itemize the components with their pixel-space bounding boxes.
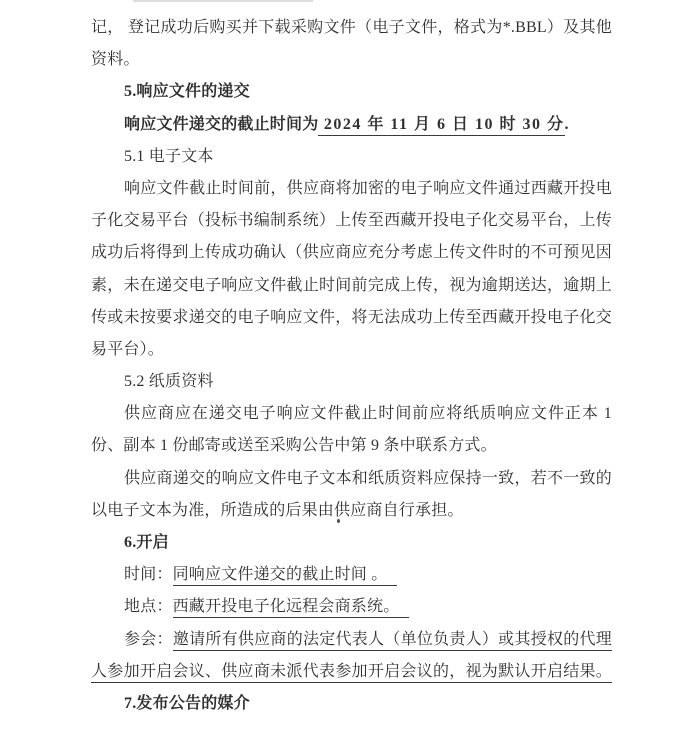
text-segment: 5.2 纸质资料: [124, 373, 214, 390]
document-text-line: 子化交易平台（投标书编制系统）上传至西藏开投电子化交易平台，上传: [91, 205, 612, 237]
document-text-line: 供应商应在递交电子响应文件截止时间前应将纸质响应文件正本 1: [91, 398, 612, 430]
text-segment: 5.响应文件的递交: [124, 83, 250, 100]
text-segment: 传或未按要求递交的电子响应文件，将无法成功上传至西藏开投电子化交: [91, 309, 612, 326]
text-segment: 成功后将得到上传成功确认（供应商应充分考虑上传文件时的不可预见因: [91, 244, 612, 261]
underlined-text: 2024 年 11 月 6 日 10 时 30 分: [318, 116, 564, 136]
section-heading-line: 6.开启: [91, 527, 612, 559]
document-text-line: 以电子文本为准，所造成的后果由供应商自行承担。: [91, 495, 612, 527]
text-segment: 地点：: [124, 598, 173, 615]
section-heading-line: 7.发布公告的媒介: [91, 688, 612, 720]
document-text-line: 易平台）。: [91, 334, 612, 366]
text-segment: 响应文件截止时间前，供应商将加密的电子响应文件通过西藏开投电: [124, 180, 612, 197]
text-segment: 以电子文本为准，所造成的后果由供应商自行承担。: [91, 502, 464, 519]
text-segment: 参会：: [124, 631, 173, 648]
text-segment: 时间：: [124, 566, 173, 583]
document-text-line: 份、副本 1 份邮寄或送至采购公告中第 9 条中联系方式。: [91, 430, 612, 462]
underlined-text: 西藏开投电子化远程会商系统。: [173, 598, 410, 618]
document-text-line: 地点：西藏开投电子化远程会商系统。: [91, 591, 612, 623]
text-segment: .: [565, 116, 569, 133]
document-text-line: 记， 登记成功后购买并下载采购文件（电子文件，格式为*.BBL）及其他: [91, 12, 612, 44]
text-segment: 供应商递交的响应文件电子文本和纸质资料应保持一致，若不一致的: [124, 470, 612, 487]
document-text-line: 5.1 电子文本: [91, 141, 612, 173]
underlined-text: 邀请所有供应商的法定代表人（单位负责人）或其授权的代理: [173, 631, 612, 651]
document-text-line: 人参加开启会议、供应商未派代表参加开启会议的，视为默认开启结果。: [91, 656, 612, 688]
cut-off-text-remnant: [133, 0, 313, 2]
document-text-line: 响应文件截止时间前，供应商将加密的电子响应文件通过西藏开投电: [91, 173, 612, 205]
document-text-line: 传或未按要求递交的电子响应文件，将无法成功上传至西藏开投电子化交: [91, 302, 612, 334]
text-segment: 6.开启: [124, 534, 169, 551]
section-heading-line: 5.响应文件的递交: [91, 76, 612, 108]
document-text-line: 时间：同响应文件递交的截止时间 。: [91, 559, 612, 591]
text-segment: 记， 登记成功后购买并下载采购文件（电子文件，格式为*.BBL）及其他: [91, 19, 612, 36]
document-body: 记， 登记成功后购买并下载采购文件（电子文件，格式为*.BBL）及其他资料。5.…: [91, 12, 612, 720]
document-text-line: 成功后将得到上传成功确认（供应商应充分考虑上传文件时的不可预见因: [91, 237, 612, 269]
document-text-line: 5.2 纸质资料: [91, 366, 612, 398]
document-text-line: 资料。: [91, 44, 612, 76]
text-segment: 5.1 电子文本: [124, 148, 214, 165]
stray-ink-dot: [337, 519, 340, 523]
section-heading-line: 响应文件递交的截止时间为 2024 年 11 月 6 日 10 时 30 分.: [91, 109, 612, 141]
text-segment: 响应文件递交的截止时间为: [124, 116, 318, 133]
text-segment: 素，未在递交电子响应文件截止时间前完成上传，视为逾期送达，逾期上: [91, 277, 612, 294]
document-text-line: 供应商递交的响应文件电子文本和纸质资料应保持一致，若不一致的: [91, 463, 612, 495]
text-segment: 7.发布公告的媒介: [124, 695, 250, 712]
document-text-line: 参会：邀请所有供应商的法定代表人（单位负责人）或其授权的代理: [91, 624, 612, 656]
document-text-line: 素，未在递交电子响应文件截止时间前完成上传，视为逾期送达，逾期上: [91, 270, 612, 302]
text-segment: 资料。: [91, 51, 140, 68]
underlined-text: 同响应文件递交的截止时间 。: [173, 566, 398, 586]
page-container: 记， 登记成功后购买并下载采购文件（电子文件，格式为*.BBL）及其他资料。5.…: [0, 0, 690, 729]
text-segment: 易平台）。: [91, 341, 164, 358]
underlined-text: 人参加开启会议、供应商未派代表参加开启会议的，视为默认开启结果。: [91, 663, 612, 683]
text-segment: 供应商应在递交电子响应文件截止时间前应将纸质响应文件正本 1: [124, 405, 612, 422]
text-segment: 份、副本 1 份邮寄或送至采购公告中第 9 条中联系方式。: [91, 437, 497, 454]
text-segment: 子化交易平台（投标书编制系统）上传至西藏开投电子化交易平台，上传: [91, 212, 612, 229]
